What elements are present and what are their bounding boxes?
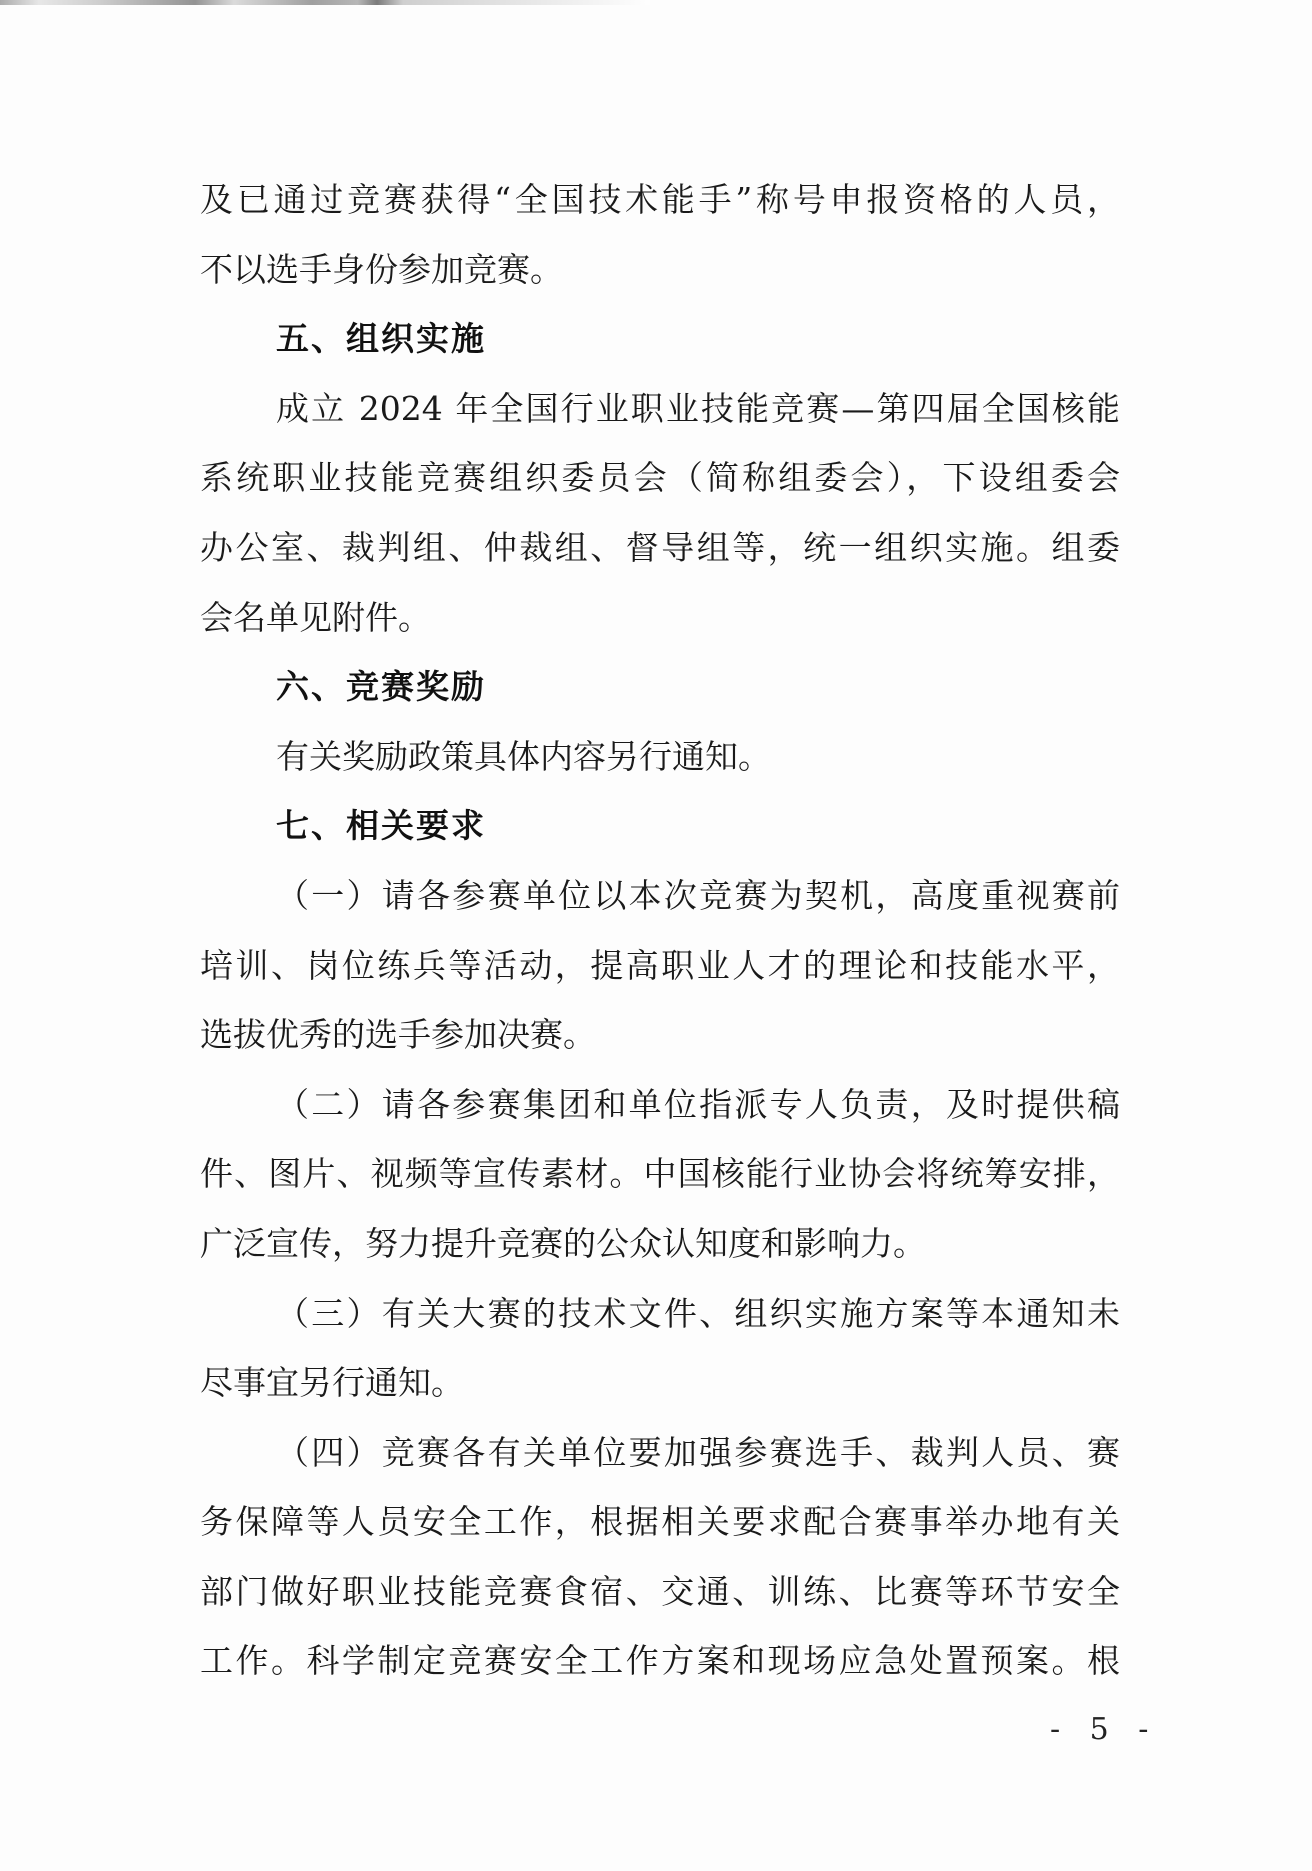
body-line: 选拔优秀的选手参加决赛。: [200, 1000, 1120, 1070]
body-line: 部门做好职业技能竞赛食宿、交通、训练、比赛等环节安全: [200, 1557, 1120, 1627]
body-line: 件、图片、视频等宣传素材。中国核能行业协会将统筹安排，: [200, 1139, 1120, 1209]
body-line: 成立 2024 年全国行业职业技能竞赛—第四届全国核能: [200, 374, 1120, 444]
body-line: 不以选手身份参加竞赛。: [200, 235, 1120, 305]
body-line: （三）有关大赛的技术文件、组织实施方案等本通知未: [200, 1279, 1120, 1349]
body-line: 广泛宣传，努力提升竞赛的公众认知度和影响力。: [200, 1209, 1120, 1279]
section-heading: 五、组织实施: [200, 304, 1120, 374]
body-line: 办公室、裁判组、仲裁组、督导组等，统一组织实施。组委: [200, 513, 1120, 583]
body-line: 及已通过竞赛获得“全国技术能手”称号申报资格的人员，: [200, 165, 1120, 235]
body-line: 培训、岗位练兵等活动，提高职业人才的理论和技能水平，: [200, 931, 1120, 1001]
body-line: 会名单见附件。: [200, 583, 1120, 653]
page-number: - 5 -: [1050, 1712, 1158, 1747]
section-heading: 七、相关要求: [200, 791, 1120, 861]
body-line: （一）请各参赛单位以本次竞赛为契机，高度重视赛前: [200, 861, 1120, 931]
body-line: 务保障等人员安全工作，根据相关要求配合赛事举办地有关: [200, 1487, 1120, 1557]
section-heading: 六、竞赛奖励: [200, 652, 1120, 722]
body-line: 工作。科学制定竞赛安全工作方案和现场应急处置预案。根: [200, 1626, 1120, 1696]
document-page: 及已通过竞赛获得“全国技术能手”称号申报资格的人员，不以选手身份参加竞赛。五、组…: [0, 0, 1312, 1871]
body-line: 有关奖励政策具体内容另行通知。: [200, 722, 1120, 792]
body-line: 系统职业技能竞赛组织委员会（简称组委会），下设组委会: [200, 443, 1120, 513]
body-line: （四）竞赛各有关单位要加强参赛选手、裁判人员、赛: [200, 1418, 1120, 1488]
body-line: 尽事宜另行通知。: [200, 1348, 1120, 1418]
scan-edge-artifact: [0, 0, 650, 5]
document-body: 及已通过竞赛获得“全国技术能手”称号申报资格的人员，不以选手身份参加竞赛。五、组…: [200, 165, 1120, 1696]
body-line: （二）请各参赛集团和单位指派专人负责，及时提供稿: [200, 1070, 1120, 1140]
